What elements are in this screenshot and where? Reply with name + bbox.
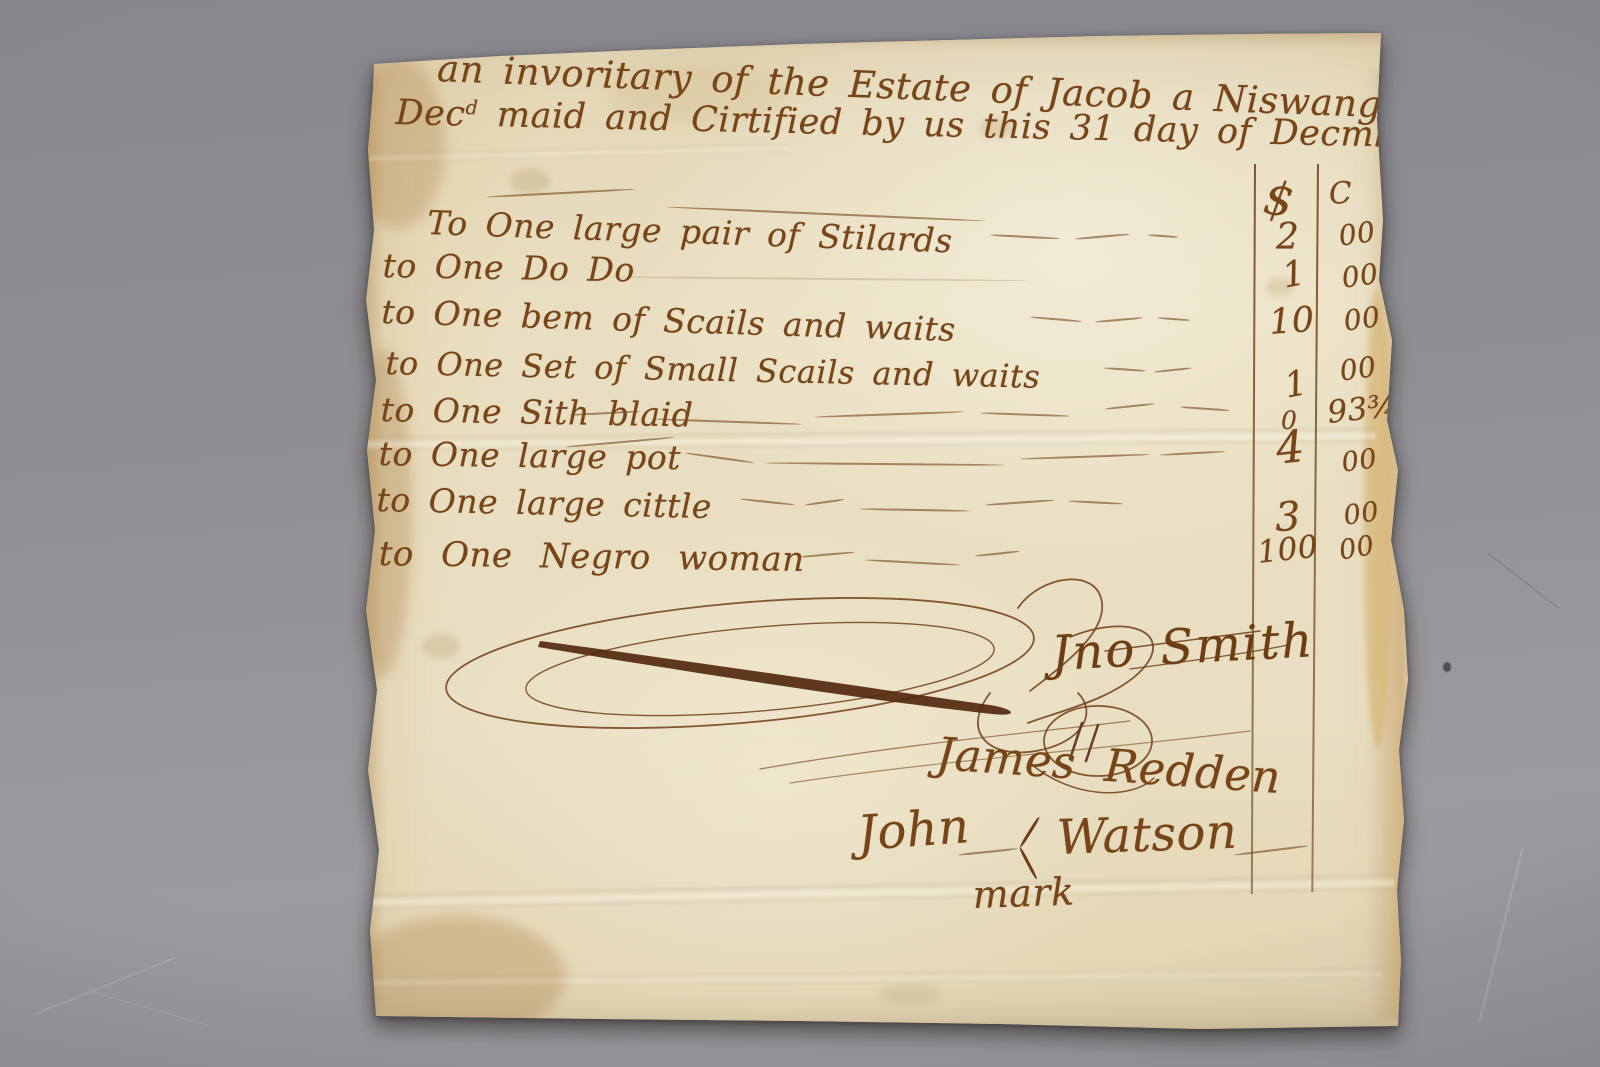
background-scratch [92,991,208,1025]
ink-dash [1148,234,1178,238]
dollars-value: 4 [1274,425,1307,472]
stain [360,28,1410,48]
item-description: to One large cittle [376,483,712,523]
ink-dash [1075,233,1130,239]
ink-dash [985,499,1055,506]
stain [880,984,940,1004]
item-description: to One Set of Small Scails and waits [385,347,1040,393]
signature-jno-smith: Jno Smith [1050,616,1315,678]
ink-dash [990,234,1060,239]
dollars-value: 10 [1268,303,1316,341]
dollars-value: 1 [1280,256,1309,294]
ink-dash [685,452,755,463]
item-description: to One bem of Scails and waits [381,295,956,346]
ink-dash [1030,316,1082,322]
ink-dash [1105,403,1155,410]
ink-dash [1154,367,1192,373]
signature-john: John [856,802,971,858]
title-line2-prefix: Dec [395,93,466,135]
fold-crease [360,874,1394,910]
ink-dash [805,498,845,505]
cents-value: 00 [1342,303,1382,336]
ink-dash [765,462,1005,466]
photo-of-document: an invoritary of the Estate of Jacob a N… [0,0,1600,1067]
cents-value: 00 [1338,353,1378,386]
background-scratch [35,957,175,1015]
ink-dash [1020,453,1150,459]
paper-shadow-wrap: an invoritary of the Estate of Jacob a N… [360,28,1410,1038]
signature-watson: Watson [1056,808,1238,862]
ink-dash [1104,367,1146,372]
ink-dash [975,550,1020,556]
cents-column-header: C [1328,178,1354,210]
ink-dash [1068,500,1123,505]
dollars-value: 100 [1256,532,1320,569]
document-paper: an invoritary of the Estate of Jacob a N… [360,28,1410,1038]
dollars-value: 2 [1276,220,1299,256]
ink-dash [800,551,855,557]
cents-value: 00 [1340,445,1379,477]
background-speck [1443,662,1451,672]
his-mark-label: mark [972,872,1075,914]
ink-dash [1160,451,1225,456]
cents-value: 93¾ [1326,391,1400,429]
cents-value: 00 [1342,498,1381,530]
item-description: to One Negro woman [379,537,805,577]
ink-dash [1095,317,1143,323]
ink-dash [980,412,1070,417]
ink-dash [815,411,965,418]
item-description: to One Sith blaid [380,393,693,431]
ink-dash [610,276,1030,281]
background-scratch [1487,552,1559,608]
his-mark-cross [1019,816,1040,848]
cents-value: 00 [1340,260,1380,293]
title-line2-superscript: d [465,96,478,119]
dollars-value: 1 [1282,366,1311,404]
ink-dash [1158,317,1190,321]
item-description: to One Do Do [382,249,635,286]
background-scratch [1478,847,1523,1022]
stain [510,168,550,194]
item-description: to One large pot [379,437,682,474]
cents-value: 00 [1337,532,1377,565]
ink-dash [740,498,795,505]
ink-dash [1180,406,1230,411]
ink-dash [860,508,970,512]
ink-dash [1234,845,1309,856]
ink-dash [865,559,960,566]
cents-value: 00 [1337,218,1377,251]
ink-dash [486,188,636,198]
